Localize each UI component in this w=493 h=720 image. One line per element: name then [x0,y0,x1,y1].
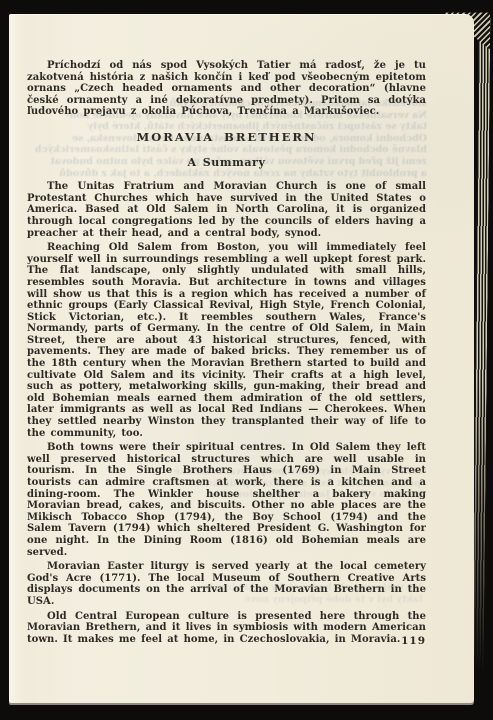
page-content: Príchodzí od nás spod Vysokých Tatier má… [27,60,426,648]
body-paragraph: Moravian Easter liturgy is served yearly… [27,561,426,607]
section-subheading: A Summary [27,157,426,169]
body-paragraph: Both towns were their spiritual centres.… [27,442,426,558]
body-paragraph: Reaching Old Salem from Boston, you will… [27,242,426,439]
body-paragraph: Old Central European culture is presente… [27,611,426,646]
page-number: 119 [401,635,426,647]
book-page: slovensko-latinskoamerických obchodních … [9,14,474,703]
section-heading: MORAVIA BRETHERN [27,132,426,144]
page-stack-edges [472,18,491,673]
intro-paragraph: Príchodzí od nás spod Vysokých Tatier má… [27,60,426,118]
body-paragraph: The Unitas Fratrium and Moravian Church … [27,181,426,239]
